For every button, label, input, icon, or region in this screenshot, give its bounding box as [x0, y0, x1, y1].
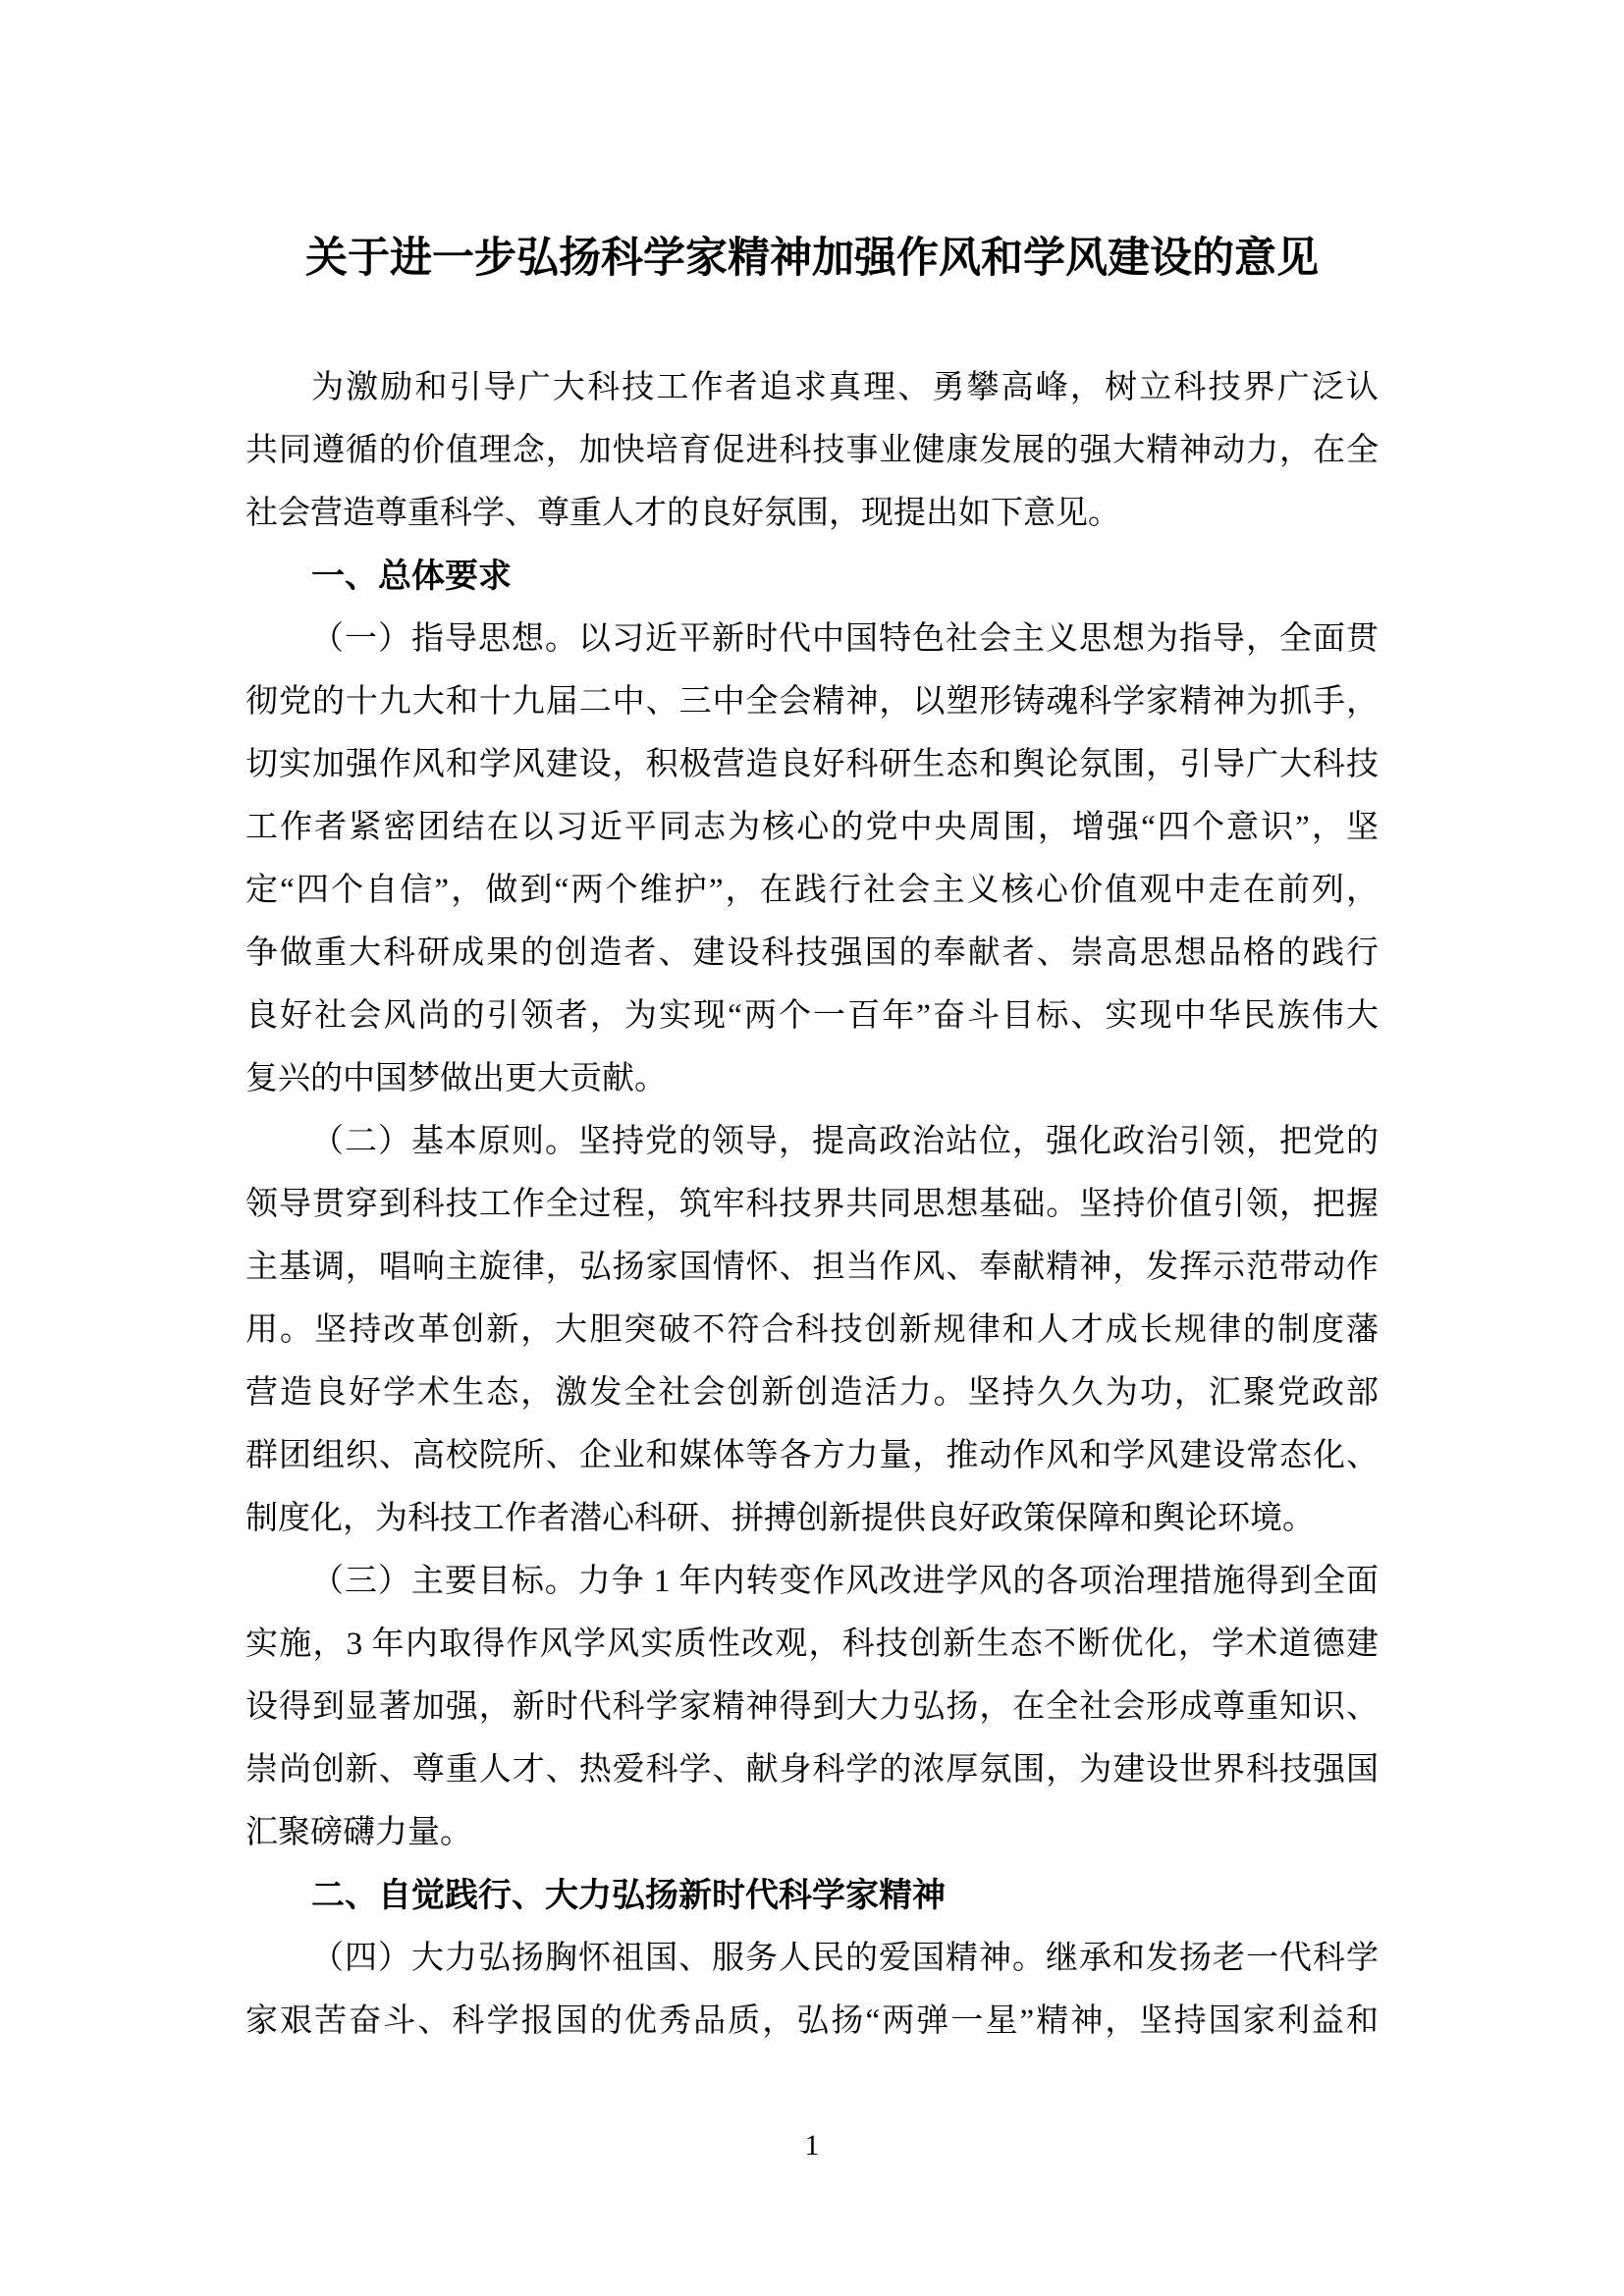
text-line: 用。坚持改革创新，大胆突破不符合科技创新规律和人才成长规律的制度藩篱， [245, 1299, 1379, 1362]
page-number: 1 [0, 2128, 1624, 2163]
section-heading: 一、总体要求 [245, 545, 1379, 608]
text-line: 制度化，为科技工作者潜心科研、拼搏创新提供良好政策保障和舆论环境。 [245, 1487, 1379, 1550]
section-heading: 二、自觉践行、大力弘扬新时代科学家精神 [245, 1864, 1379, 1927]
text-line: 汇聚磅礴力量。 [245, 1801, 1379, 1864]
text-line: 领导贯穿到科技工作全过程，筑牢科技界共同思想基础。坚持价值引领，把握 [245, 1173, 1379, 1236]
text-line: （三）主要目标。力争 1 年内转变作风改进学风的各项治理措施得到全面 [245, 1550, 1379, 1613]
text-line: 定“四个自信”，做到“两个维护”，在践行社会主义核心价值观中走在前列， [245, 859, 1379, 922]
document-title: 关于进一步弘扬科学家精神加强作风和学风建设的意见 [245, 235, 1379, 284]
text-line: 主基调，唱响主旋律，弘扬家国情怀、担当作风、奉献精神，发挥示范带动作 [245, 1236, 1379, 1299]
text-line: 实施，3 年内取得作风学风实质性改观，科技创新生态不断优化，学术道德建 [245, 1613, 1379, 1676]
text-line: 良好社会风尚的引领者，为实现“两个一百年”奋斗目标、实现中华民族伟大 [245, 985, 1379, 1047]
text-line: 为激励和引导广大科技工作者追求真理、勇攀高峰，树立科技界广泛认可、 [245, 356, 1379, 419]
text-line: 社会营造尊重科学、尊重人才的良好氛围，现提出如下意见。 [245, 482, 1379, 545]
text-line: （四）大力弘扬胸怀祖国、服务人民的爱国精神。继承和发扬老一代科学 [245, 1927, 1379, 1990]
text-line: 复兴的中国梦做出更大贡献。 [245, 1047, 1379, 1110]
text-line: （一）指导思想。以习近平新时代中国特色社会主义思想为指导，全面贯 [245, 608, 1379, 670]
text-line: 群团组织、高校院所、企业和媒体等各方力量，推动作风和学风建设常态化、 [245, 1424, 1379, 1487]
text-line: 设得到显著加强，新时代科学家精神得到大力弘扬，在全社会形成尊重知识、 [245, 1676, 1379, 1738]
text-line: 彻党的十九大和十九届二中、三中全会精神，以塑形铸魂科学家精神为抓手， [245, 670, 1379, 733]
text-line: 家艰苦奋斗、科学报国的优秀品质，弘扬“两弹一星”精神，坚持国家利益和 [245, 1990, 1379, 2053]
text-line: 切实加强作风和学风建设，积极营造良好科研生态和舆论氛围，引导广大科技 [245, 733, 1379, 796]
text-line: 共同遵循的价值理念，加快培育促进科技事业健康发展的强大精神动力，在全 [245, 419, 1379, 482]
text-line: 争做重大科研成果的创造者、建设科技强国的奉献者、崇高思想品格的践行者、 [245, 922, 1379, 985]
text-line: 营造良好学术生态，激发全社会创新创造活力。坚持久久为功，汇聚党政部门、 [245, 1362, 1379, 1424]
text-line: 崇尚创新、尊重人才、热爱科学、献身科学的浓厚氛围，为建设世界科技强国 [245, 1738, 1379, 1801]
text-line: 工作者紧密团结在以习近平同志为核心的党中央周围，增强“四个意识”，坚 [245, 796, 1379, 859]
text-line: （二）基本原则。坚持党的领导，提高政治站位，强化政治引领，把党的 [245, 1110, 1379, 1173]
document-page: 关于进一步弘扬科学家精神加强作风和学风建设的意见 为激励和引导广大科技工作者追求… [0, 0, 1624, 2296]
document-body: 为激励和引导广大科技工作者追求真理、勇攀高峰，树立科技界广泛认可、共同遵循的价值… [245, 356, 1379, 2053]
